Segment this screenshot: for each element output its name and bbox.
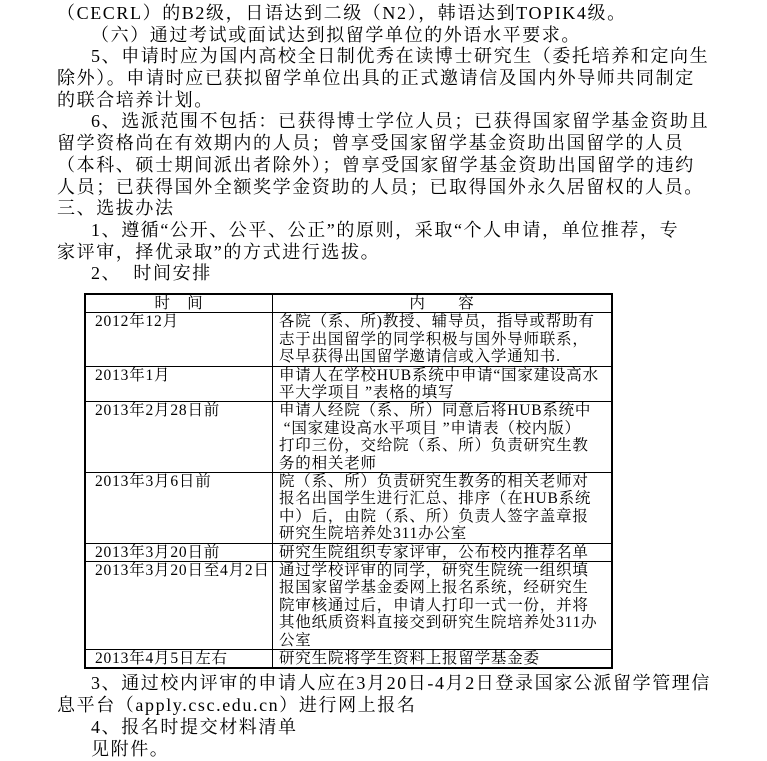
table-header-row: 时 间 内 容 [85, 294, 612, 313]
text-line-rule6-b: 留学资格尚在有效期内的人员；曾享受国家留学基金资助出国留学的人员 [57, 133, 737, 155]
text-line-schedule-heading: 2、 时间安排 [57, 263, 737, 285]
time-cell: 2013年3月20日前 [85, 543, 273, 561]
table-row: 2012年12月 各院（系、所)教授、辅导员，指导或帮助有 志于出国留学的同学积… [85, 313, 612, 366]
time-cell: 2013年1月 [85, 366, 273, 402]
text-line-rule5-c: 的联合培养计划。 [57, 90, 737, 112]
content-column-header: 内 容 [273, 294, 613, 313]
time-column-header: 时 间 [85, 294, 273, 313]
content-cell: 各院（系、所)教授、辅导员，指导或帮助有 志于出国留学的同学积极与国外导师联系，… [273, 313, 613, 366]
text-line-item6: （六）通过考试或面试达到拟留学单位的外语水平要求。 [57, 25, 737, 47]
schedule-table: 时 间 内 容 2012年12月 各院（系、所)教授、辅导员，指导或帮助有 志于… [84, 293, 613, 670]
table-row: 2013年3月6日前 院（系、所）负责研究生教务的相关老师对 报名出国学生进行汇… [85, 473, 612, 544]
time-cell: 2013年3月20日至4月2日 [85, 562, 273, 650]
time-cell: 2013年3月6日前 [85, 473, 273, 544]
content-cell: 研究生院将学生资料上报留学基金委 [273, 650, 613, 669]
text-line-method1-a: 1、遵循“公开、公平、公正”的原则，采取“个人申请，单位推荐，专 [57, 220, 737, 242]
table-row: 2013年2月28日前 申请人经院（系、所）同意后将HUB系统中 “国家建设高水… [85, 402, 612, 473]
table-row: 2013年3月20日前 研究生院组织专家评审，公布校内推荐名单 [85, 543, 612, 561]
time-cell: 2013年4月5日左右 [85, 650, 273, 669]
text-line-step4: 4、报名时提交材料清单 [57, 717, 737, 739]
text-line-rule5-b: 除外）。申请时应已获拟留学单位出具的正式邀请信及国内外导师共同制定 [57, 68, 737, 90]
text-line-step3-b: 息平台（apply.csc.edu.cn）进行网上报名 [57, 695, 737, 717]
text-line-see-attachment: 见附件。 [57, 739, 737, 761]
time-cell: 2013年2月28日前 [85, 402, 273, 473]
section-heading-selection-method: 三、选拔办法 [57, 198, 737, 220]
table-row: 2013年4月5日左右 研究生院将学生资料上报留学基金委 [85, 650, 612, 669]
time-cell: 2012年12月 [85, 313, 273, 366]
document-page: （CECRL）的B2级，日语达到二级（N2），韩语达到TOPIK4级。 （六）通… [0, 0, 767, 760]
content-cell: 院（系、所）负责研究生教务的相关老师对 报名出国学生进行汇总、排序（在HUB系统… [273, 473, 613, 544]
content-cell: 研究生院组织专家评审，公布校内推荐名单 [273, 543, 613, 561]
content-cell: 申请人在学校HUB系统中申请“国家建设高水 平大学项目 ”表格的填写 [273, 366, 613, 402]
text-line-rule6-d: 人员；已获得国外全额奖学金资助的人员；已取得国外永久居留权的人员。 [57, 177, 737, 199]
text-line-step3-a: 3、通过校内评审的申请人应在3月20日-4月2日登录国家公派留学管理信 [57, 673, 737, 695]
text-line-rule6-c: （本科、硕士期间派出者除外）；曾享受国家留学基金资助出国留学的违约 [57, 155, 737, 177]
content-cell: 通过学校评审的同学，研究生院统一组织填 报国家留学基金委网上报名系统，经研究生 … [273, 562, 613, 650]
text-line-cecrl: （CECRL）的B2级，日语达到二级（N2），韩语达到TOPIK4级。 [57, 3, 737, 25]
table-row: 2013年1月 申请人在学校HUB系统中申请“国家建设高水 平大学项目 ”表格的… [85, 366, 612, 402]
content-cell: 申请人经院（系、所）同意后将HUB系统中 “国家建设高水平项目 ”申请表（校内版… [273, 402, 613, 473]
table-row: 2013年3月20日至4月2日 通过学校评审的同学，研究生院统一组织填 报国家留… [85, 562, 612, 650]
text-line-rule5-a: 5、申请时应为国内高校全日制优秀在读博士研究生（委托培养和定向生 [57, 46, 737, 68]
text-line-rule6-a: 6、选派范围不包括：已获得博士学位人员；已获得国家留学基金资助且 [57, 111, 737, 133]
text-line-method1-b: 家评审，择优录取”的方式进行选拔。 [57, 242, 737, 264]
